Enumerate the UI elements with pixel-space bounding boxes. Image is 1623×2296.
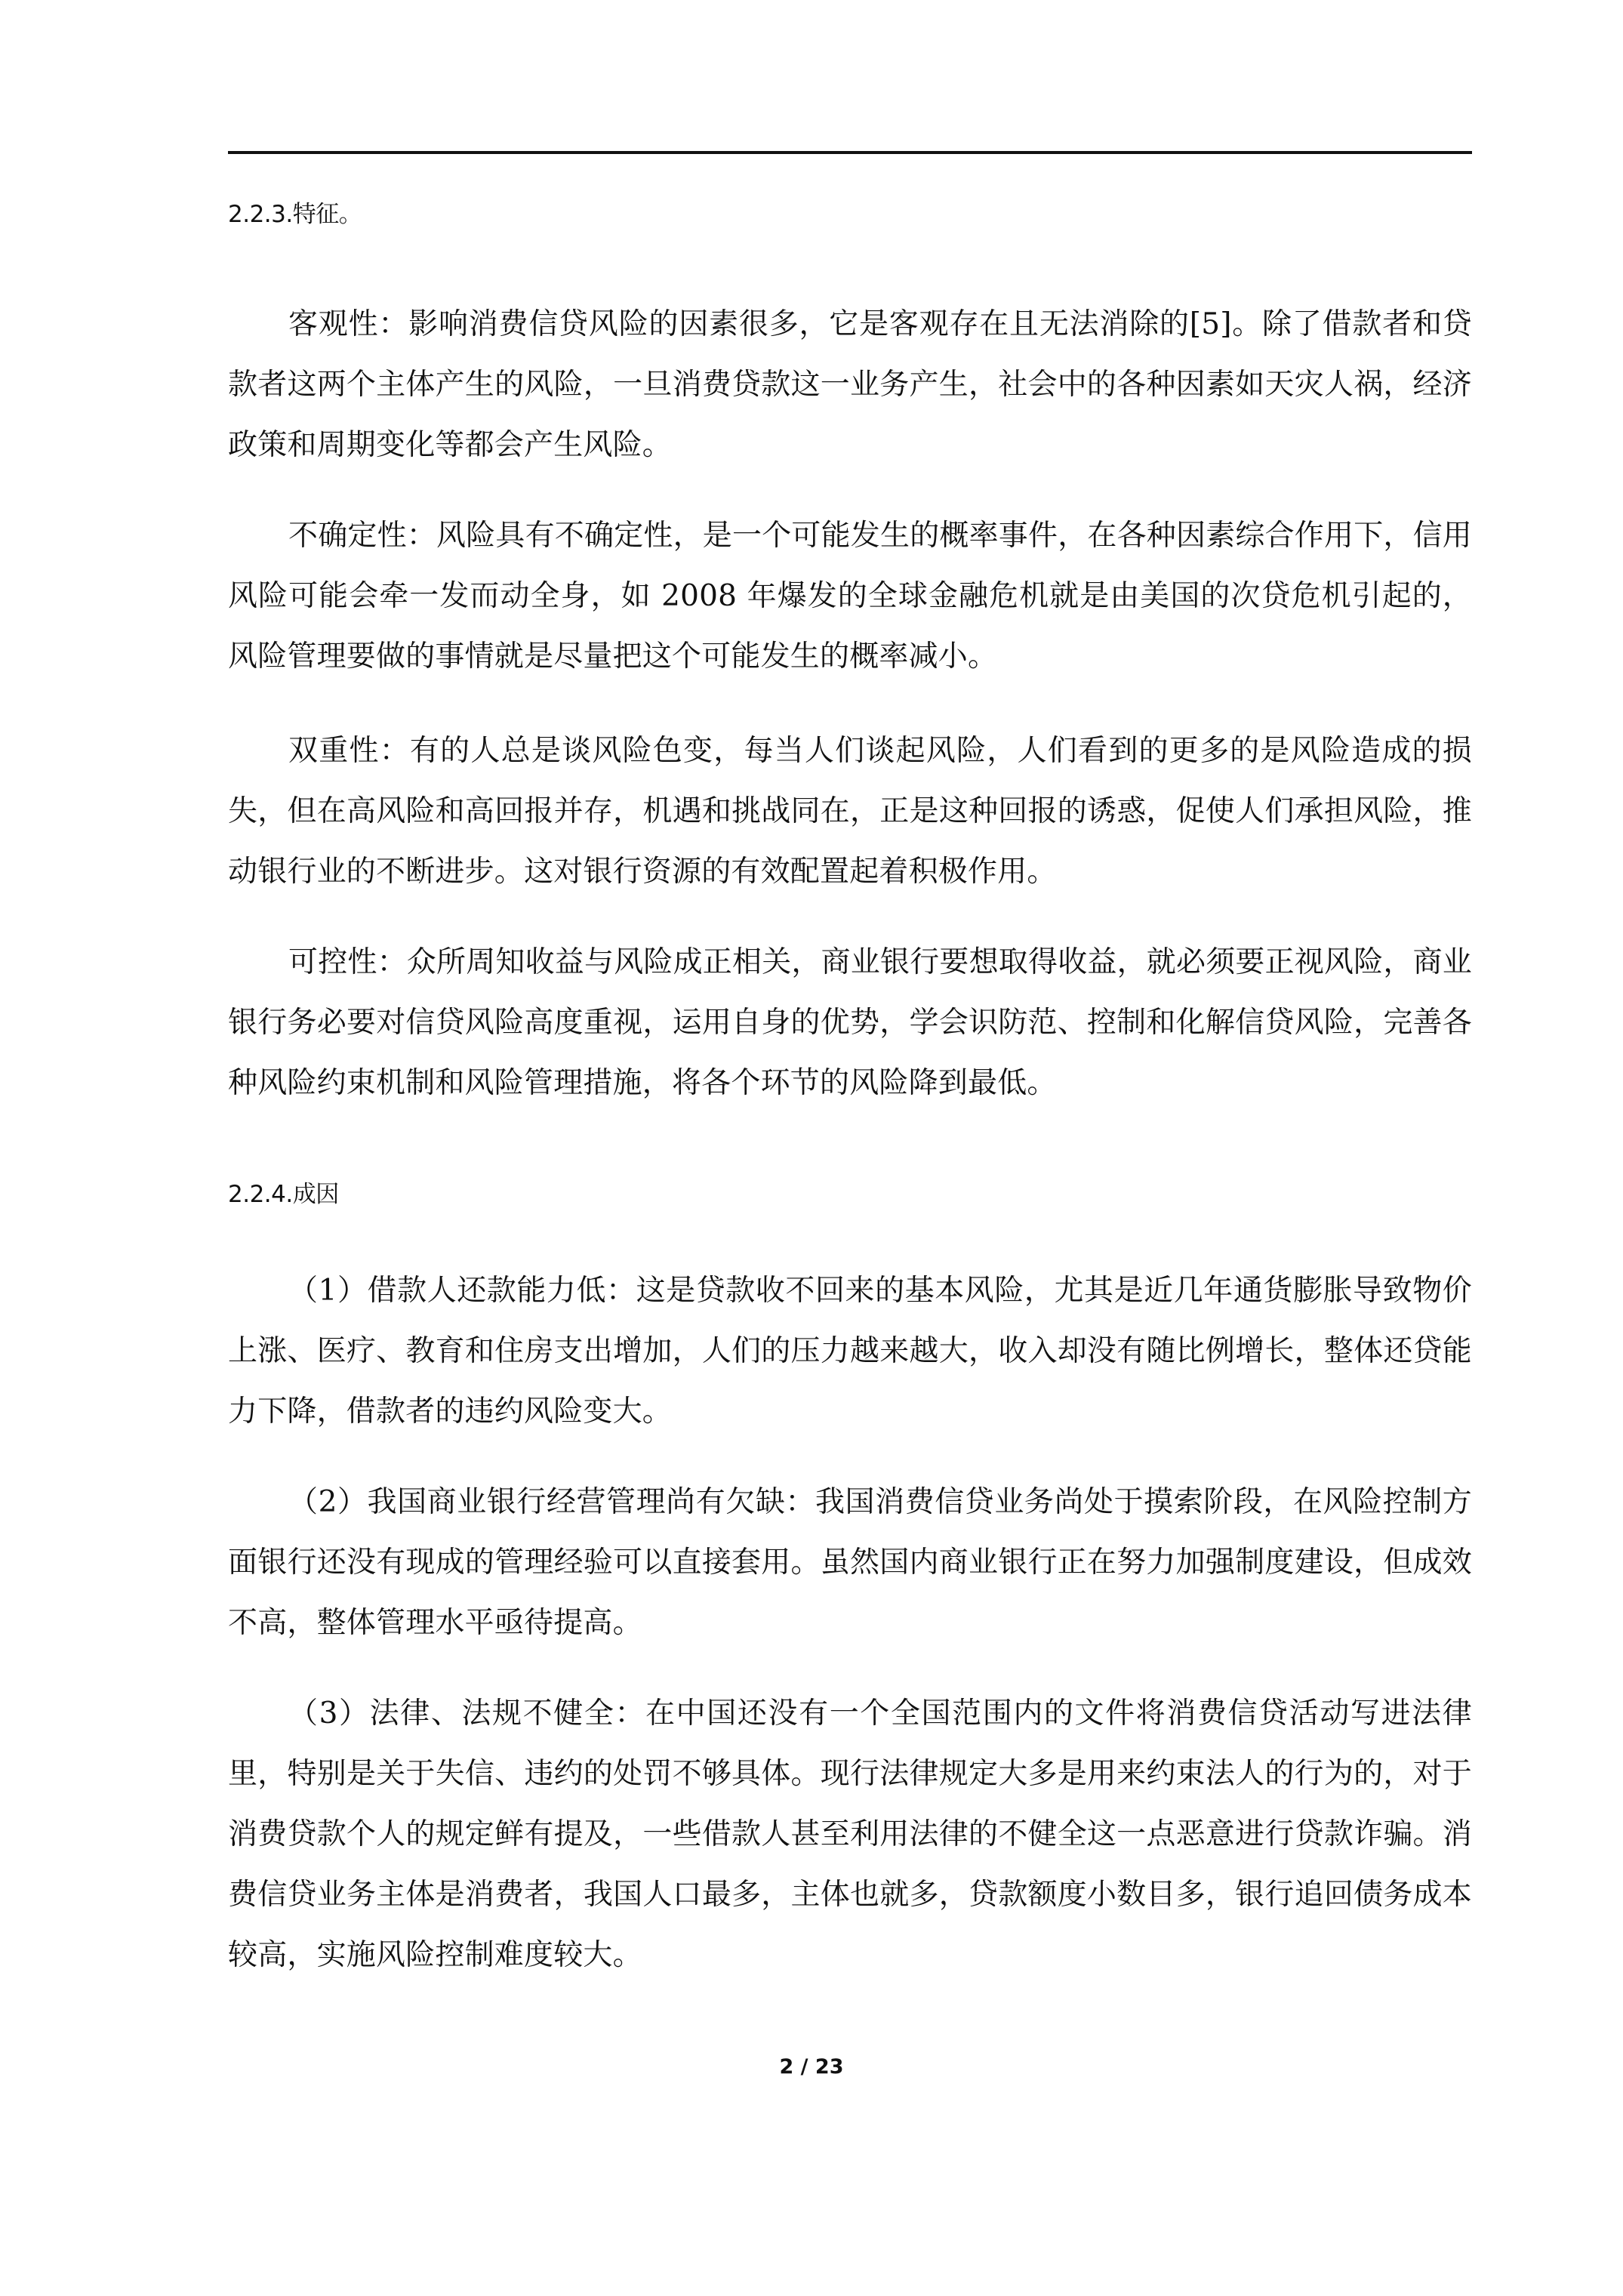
paragraph-objectivity: 客观性：影响消费信贷风险的因素很多，它是客观存在且无法消除的[5]。除了借款者和… [228, 294, 1472, 476]
document-page: 2.2.3.特征。 客观性：影响消费信贷风险的因素很多，它是客观存在且无法消除的… [0, 0, 1623, 2296]
paragraph-cause-1: （1）借款人还款能力低：这是贷款收不回来的基本风险，尤其是近几年通货膨胀导致物价… [228, 1261, 1472, 1442]
section-heading-2-2-4: 2.2.4.成因 [228, 1178, 339, 1211]
paragraph-cause-2: （2）我国商业银行经营管理尚有欠缺：我国消费信贷业务尚处于摸索阶段，在风险控制方… [228, 1472, 1472, 1653]
section-heading-2-2-3: 2.2.3.特征。 [228, 198, 362, 231]
paragraph-uncertainty: 不确定性：风险具有不确定性，是一个可能发生的概率事件，在各种因素综合作用下，信用… [228, 506, 1472, 687]
paragraph-duality: 双重性：有的人总是谈风险色变，每当人们谈起风险，人们看到的更多的是风险造成的损失… [228, 721, 1472, 902]
header-rule [228, 151, 1472, 154]
paragraph-cause-3: （3）法律、法规不健全：在中国还没有一个全国范围内的文件将消费信贷活动写进法律里… [228, 1684, 1472, 1986]
paragraph-controllability: 可控性：众所周知收益与风险成正相关，商业银行要想取得收益，就必须要正视风险，商业… [228, 932, 1472, 1114]
page-number: 2 / 23 [0, 2055, 1623, 2079]
